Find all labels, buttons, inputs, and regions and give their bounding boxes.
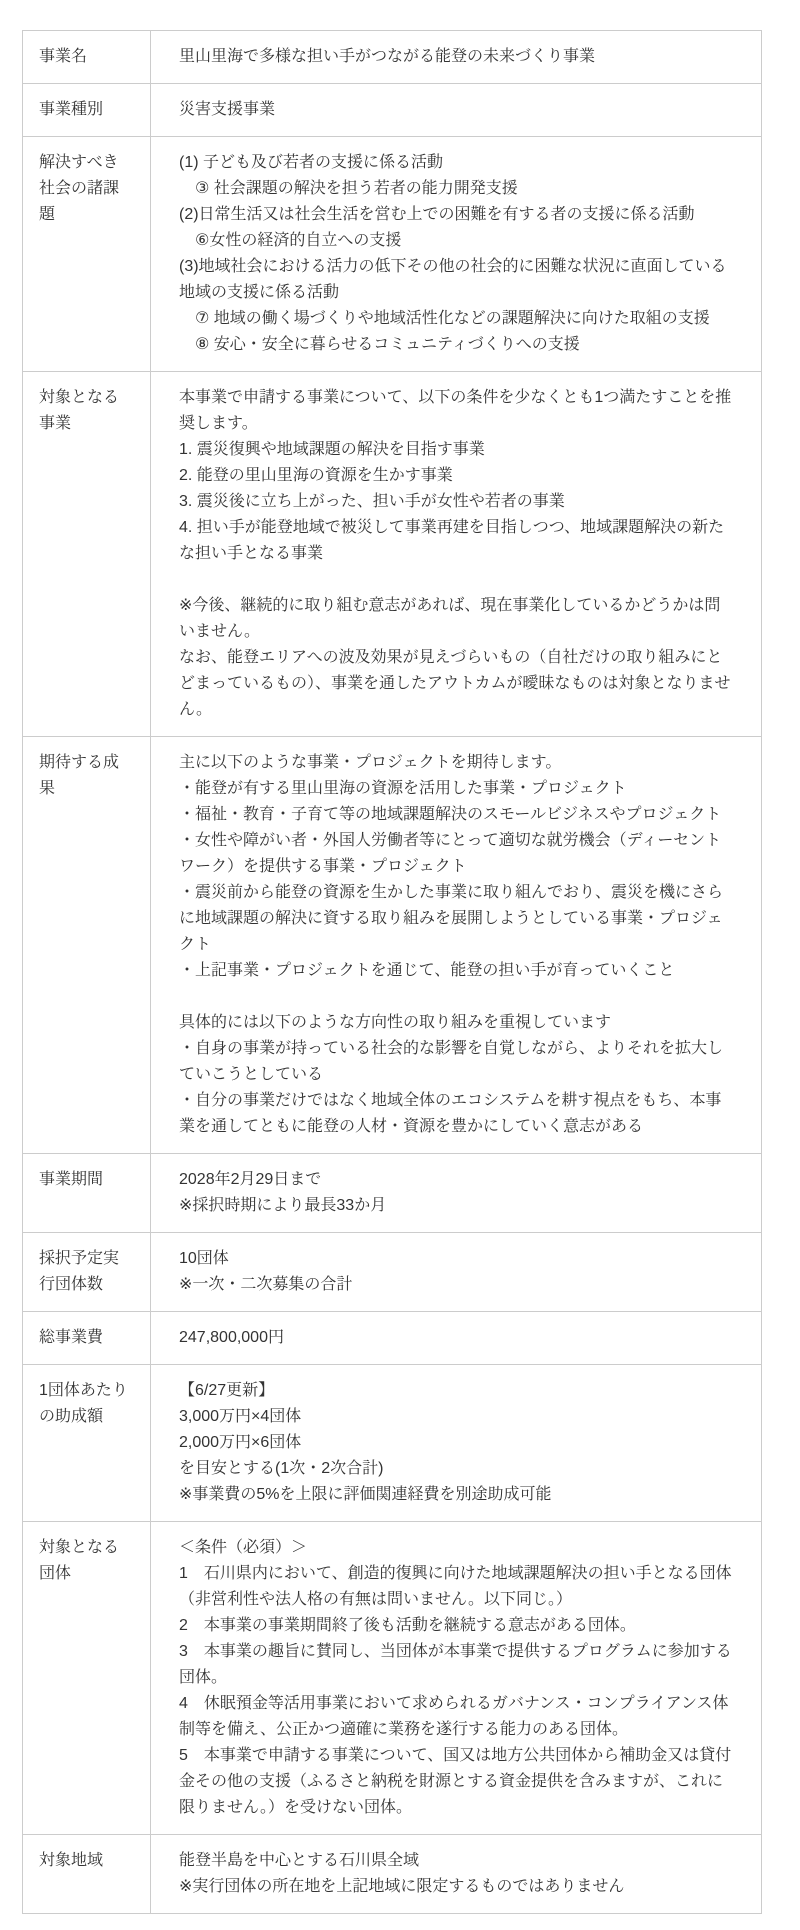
row-project-name-label: 事業名 <box>23 31 151 84</box>
row-project-name-content: 里山里海で多様な担い手がつながる能登の未来づくり事業 <box>151 31 762 84</box>
row-total-budget-label: 総事業費 <box>23 1312 151 1365</box>
row-project-type: 事業種別 災害支援事業 <box>23 84 762 137</box>
row-eligible-projects: 対象となる事業 本事業で申請する事業について、以下の条件を少なくとも1つ満たすこ… <box>23 372 762 737</box>
row-social-issues-content: (1) 子ども及び若者の支援に係る活動 ③ 社会課題の解決を担う若者の能力開発支… <box>151 137 762 372</box>
row-expected-outcomes-label: 期待する成果 <box>23 737 151 1154</box>
row-social-issues: 解決すべき社会の諸課題 (1) 子ども及び若者の支援に係る活動 ③ 社会課題の解… <box>23 137 762 372</box>
project-info-table-body: 事業名 里山里海で多様な担い手がつながる能登の未来づくり事業 事業種別 災害支援… <box>23 31 762 1914</box>
row-planned-grantee-count-label: 採択予定実行団体数 <box>23 1233 151 1312</box>
row-eligible-organizations: 対象となる団体 ＜条件（必須）＞ 1 石川県内において、創造的復興に向けた地域課… <box>23 1522 762 1835</box>
row-target-area: 対象地域 能登半島を中心とする石川県全域 ※実行団体の所在地を上記地域に限定する… <box>23 1835 762 1914</box>
row-grant-per-organization: 1団体あたりの助成額 【6/27更新】 3,000万円×4団体 2,000万円×… <box>23 1365 762 1522</box>
row-grant-per-organization-label: 1団体あたりの助成額 <box>23 1365 151 1522</box>
row-eligible-organizations-label: 対象となる団体 <box>23 1522 151 1835</box>
row-eligible-projects-content: 本事業で申請する事業について、以下の条件を少なくとも1つ満たすことを推奨します。… <box>151 372 762 737</box>
row-grant-per-organization-content: 【6/27更新】 3,000万円×4団体 2,000万円×6団体 を目安とする(… <box>151 1365 762 1522</box>
row-project-period-label: 事業期間 <box>23 1154 151 1233</box>
row-social-issues-label: 解決すべき社会の諸課題 <box>23 137 151 372</box>
row-expected-outcomes-content: 主に以下のような事業・プロジェクトを期待します。 ・能登が有する里山里海の資源を… <box>151 737 762 1154</box>
page-body: 事業名 里山里海で多様な担い手がつながる能登の未来づくり事業 事業種別 災害支援… <box>0 0 800 1914</box>
row-total-budget: 総事業費 247,800,000円 <box>23 1312 762 1365</box>
row-planned-grantee-count: 採択予定実行団体数 10団体 ※一次・二次募集の合計 <box>23 1233 762 1312</box>
row-project-period: 事業期間 2028年2月29日まで ※採択時期により最長33か月 <box>23 1154 762 1233</box>
row-project-period-content: 2028年2月29日まで ※採択時期により最長33か月 <box>151 1154 762 1233</box>
row-planned-grantee-count-content: 10団体 ※一次・二次募集の合計 <box>151 1233 762 1312</box>
row-project-name: 事業名 里山里海で多様な担い手がつながる能登の未来づくり事業 <box>23 31 762 84</box>
row-project-type-content: 災害支援事業 <box>151 84 762 137</box>
row-expected-outcomes: 期待する成果 主に以下のような事業・プロジェクトを期待します。 ・能登が有する里… <box>23 737 762 1154</box>
row-target-area-label: 対象地域 <box>23 1835 151 1914</box>
row-project-type-label: 事業種別 <box>23 84 151 137</box>
row-target-area-content: 能登半島を中心とする石川県全域 ※実行団体の所在地を上記地域に限定するものではあ… <box>151 1835 762 1914</box>
row-total-budget-content: 247,800,000円 <box>151 1312 762 1365</box>
project-info-table: 事業名 里山里海で多様な担い手がつながる能登の未来づくり事業 事業種別 災害支援… <box>22 30 762 1914</box>
row-eligible-organizations-content: ＜条件（必須）＞ 1 石川県内において、創造的復興に向けた地域課題解決の担い手と… <box>151 1522 762 1835</box>
row-eligible-projects-label: 対象となる事業 <box>23 372 151 737</box>
